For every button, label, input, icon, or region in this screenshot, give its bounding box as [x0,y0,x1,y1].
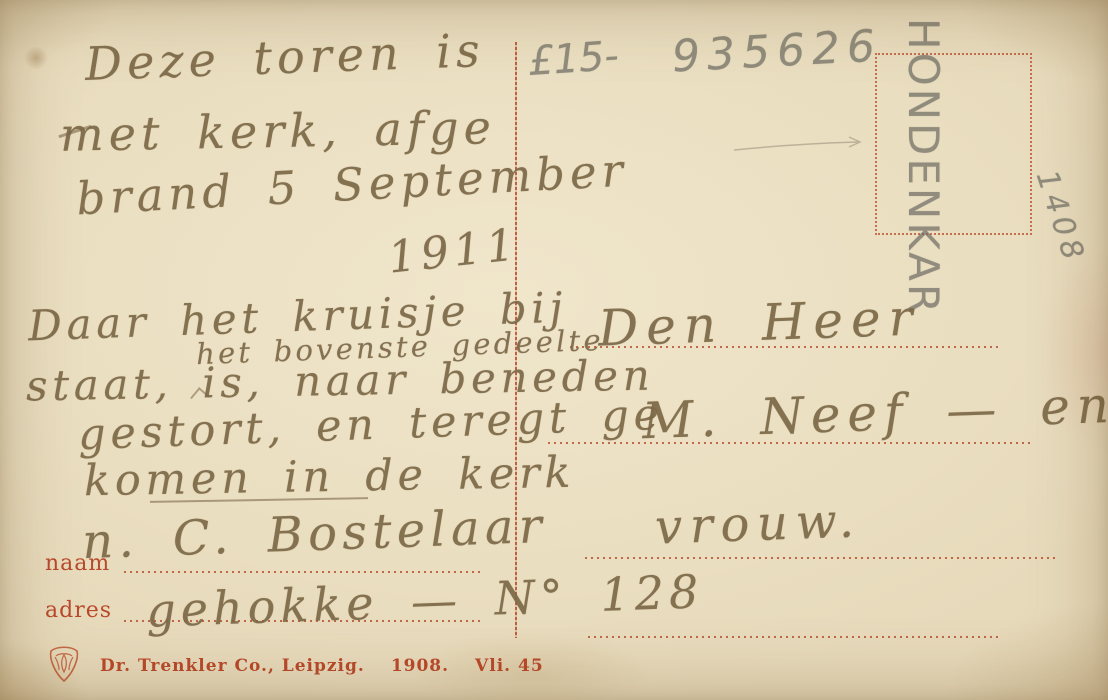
message-line: 1911 [386,219,522,283]
imprint-series: Vli. 45 [475,656,544,676]
trenkler-logo-icon [46,644,82,684]
recipient-line: vrouw. [654,492,862,555]
message-line: Deze toren is [84,23,485,91]
dealer-price-note: £15- [527,33,621,85]
negative-number-note: 1408 [1029,166,1092,268]
publisher-name: Dr. Trenkler Co., Leipzig. [100,656,365,676]
recipient-rule-4 [588,636,1000,638]
imprint-year: 1908. [391,656,449,676]
name-dotted-line [124,571,480,573]
recipient-rule-3 [585,557,1055,559]
sender-address: gehokke — N° 128 [145,564,704,637]
pencil-arrow-icon [732,134,872,158]
address-field-label: adres [45,598,112,623]
inventory-number-note: 935626 [671,21,883,83]
publisher-imprint: Dr. Trenkler Co., Leipzig.1908.Vli. 45 [100,656,570,676]
recipient-line: M. Neef — en [641,376,1108,451]
postcard-scan: naam adres Dr. Trenkler Co., Leipzig.190… [0,0,1108,700]
message-line: met kerk, afge [60,100,497,162]
subject-note-vertical: HONDENKAR [899,18,948,316]
sender-name: n. C. Bostelaar [81,498,548,570]
recipient-line: Den Heer [597,288,921,357]
